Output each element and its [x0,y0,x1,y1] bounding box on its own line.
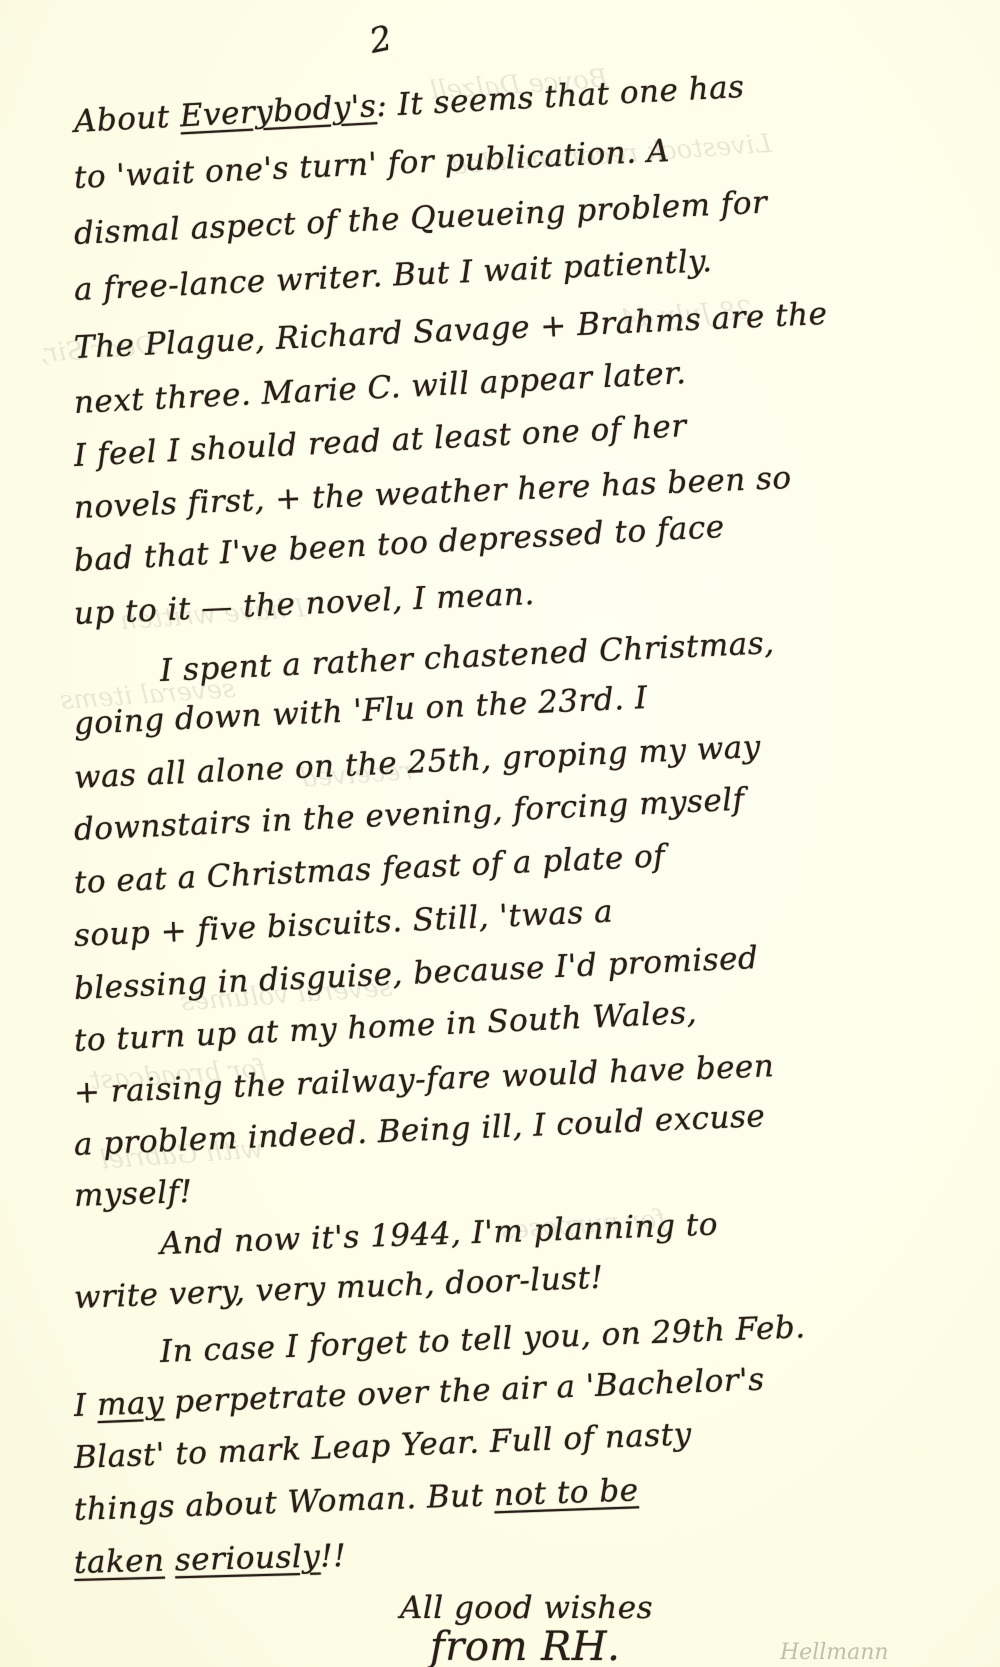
letter-line: a free-lance writer. But I wait patientl… [73,243,713,308]
letter-line: And now it's 1944, I'm planning to [159,1207,718,1262]
letter-line: to 'wait one's turn' for publication. A [73,133,670,196]
letter-line: I feel I should read at least one of her [73,408,687,474]
underlined-title: Everybody's [179,88,377,134]
letter-line: dismal aspect of the Queueing problem fo… [73,185,768,252]
underlined-phrase: not to be [493,1472,639,1513]
underlined-word: may [96,1385,164,1424]
letter-line: I may perpetrate over the air a 'Bachelo… [73,1361,765,1423]
letter-line: downstairs in the evening, forcing mysel… [73,782,745,848]
letter-line: to eat a Christmas feast of a plate of [73,838,666,901]
archive-pencil-mark: Hellmann [780,1640,889,1665]
letter-line: taken seriously!! [74,1538,347,1581]
letter-line: soup + five biscuits. Still, 'twas a [73,894,614,954]
letter-line: write very, very much, door-lust! [73,1260,604,1316]
page-number: 2 [366,18,396,62]
underlined-word: seriously [174,1539,320,1579]
closing-text: All good wishes [400,1590,653,1626]
letter-line: things about Woman. But not to be [73,1472,639,1528]
letter-line: In case I forget to tell you, on 29th Fe… [159,1309,806,1370]
letter-line: Blast' to mark Leap Year. Full of nasty [73,1416,692,1476]
letter-line: The Plague, Richard Savage + Brahms are … [73,296,828,366]
letter-page: Boyce Dalzell Livestock recommended 28 J… [0,0,1000,1667]
letter-line: About Everybody's: It seems that one has [73,69,745,140]
letter-line: a problem indeed. Being ill, I could exc… [73,1098,766,1163]
letter-line: to turn up at my home in South Wales, [73,995,698,1059]
underlined-word: taken [74,1543,165,1581]
signature: from RH. [430,1624,620,1667]
letter-line: next three. Marie C. will appear later. [73,355,687,421]
letter-line: myself! [73,1174,193,1214]
letter-line: I spent a rather chastened Christmas, [159,625,775,689]
